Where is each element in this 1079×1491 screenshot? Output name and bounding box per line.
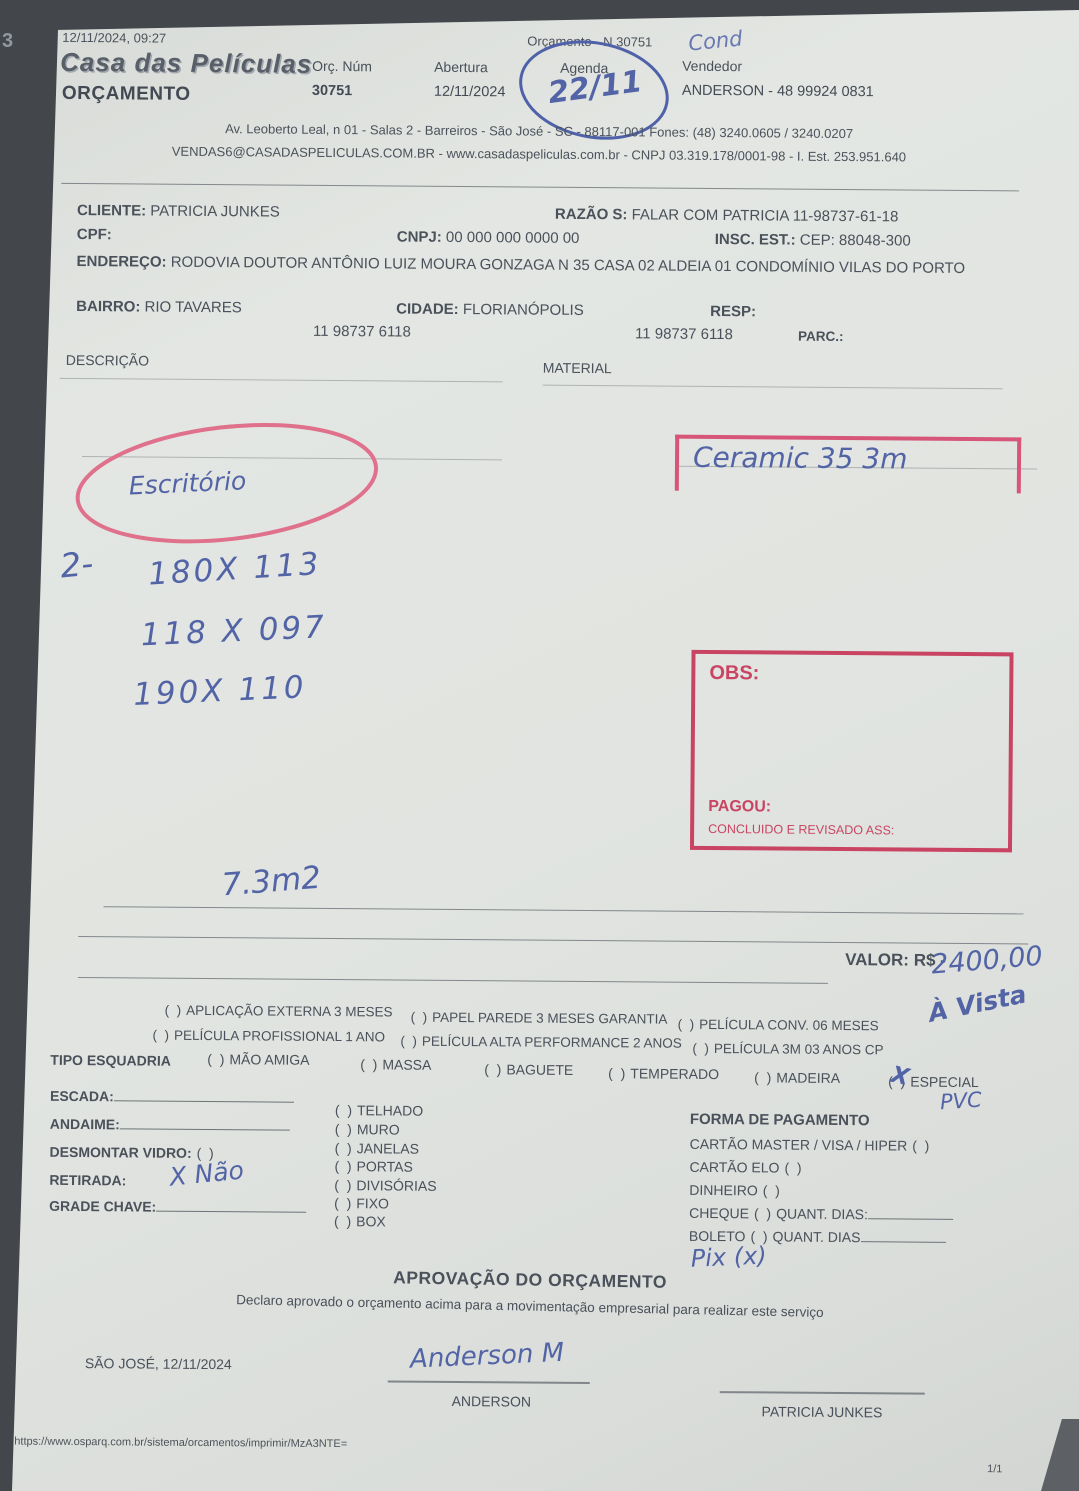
local-option: ( )JANELAS	[335, 1140, 419, 1157]
quant-dias-label: QUANT. DIAS	[773, 1228, 861, 1245]
material-underline	[543, 385, 1003, 390]
razao-label: RAZÃO S:	[555, 206, 628, 224]
option-label: PELÍCULA PROFISSIONAL 1 ANO	[174, 1028, 385, 1045]
option-label: MADEIRA	[776, 1069, 840, 1086]
checkbox-icon: ( )	[334, 1195, 351, 1211]
payment-method: CARTÃO MASTER / VISA / HIPER( )	[690, 1136, 930, 1154]
option-label: PORTAS	[357, 1158, 413, 1174]
page-number: 1/1	[987, 1463, 1002, 1475]
obs-label: OBS:	[709, 662, 759, 685]
material-handwritten-note: Ceramic 35 3m	[693, 441, 908, 476]
payment-method: CARTÃO ELO( )	[689, 1159, 801, 1176]
cliente-value: PATRICIA JUNKES	[150, 203, 280, 221]
seller-signature: Anderson M	[409, 1338, 564, 1375]
retirada-label: RETIRADA:	[49, 1172, 126, 1189]
retirada-handwritten-note: X Não	[168, 1155, 245, 1191]
checkbox-icon: ( )	[784, 1160, 801, 1176]
obs-stamp-box: OBS: PAGOU: CONCLUIDO E REVISADO ASS:	[690, 650, 1014, 853]
especial-handwritten-note: PVC	[939, 1088, 982, 1115]
razao-value: FALAR COM PATRICIA 11-98737-61-18	[632, 206, 899, 225]
warranty-option: ( )PELÍCULA 3M 03 ANOS CP	[692, 1041, 883, 1058]
client-name: PATRICIA JUNKES	[762, 1403, 883, 1420]
material-column-header: MATERIAL	[543, 360, 612, 377]
insc-field: INSC. EST.: CEP: 88048-300	[715, 231, 911, 250]
client-signature-line	[720, 1391, 925, 1395]
andaime-blank-line	[120, 1117, 290, 1130]
vendedor-label: Vendedor	[682, 58, 742, 74]
checkbox-icon: ( )	[484, 1061, 501, 1077]
doc-type-title: ORÇAMENTO	[62, 83, 191, 106]
grade-chave-label: GRADE CHAVE:	[49, 1198, 156, 1215]
grade-chave-blank-line	[156, 1200, 306, 1213]
company-logo: Casa das Películas	[60, 47, 312, 80]
warranty-option: ( )PELÍCULA ALTA PERFORMANCE 2 ANOS	[400, 1034, 681, 1051]
warranty-option: ( )PELÍCULA CONV. 06 MESES	[678, 1017, 879, 1034]
local-option: ( )FIXO	[334, 1195, 389, 1211]
checkbox-icon: ( )	[678, 1017, 695, 1032]
place-date: SÃO JOSÉ, 12/11/2024	[85, 1355, 232, 1372]
option-label: FIXO	[356, 1195, 389, 1211]
abertura-label: Abertura	[434, 59, 488, 75]
body-line-1	[104, 906, 1024, 914]
esquadria-option: ( )BAGUETE	[484, 1061, 573, 1078]
cliente-label: CLIENTE:	[77, 202, 146, 220]
header-divider	[61, 183, 1019, 192]
warranty-option: ( )PAPEL PAREDE 3 MESES GARANTIA	[411, 1010, 668, 1027]
pix-handwritten-note: Pix (x)	[690, 1241, 767, 1272]
local-option: ( )MURO	[335, 1121, 400, 1138]
checkbox-icon: ( )	[360, 1056, 377, 1072]
option-label: TELHADO	[357, 1102, 423, 1119]
option-label: TEMPERADO	[630, 1065, 719, 1082]
seller-signature-line	[388, 1380, 590, 1384]
endereco-field: ENDEREÇO: RODOVIA DOUTOR ANTÔNIO LUIZ MO…	[76, 250, 1016, 281]
print-url: https://www.osparq.com.br/sistema/orcame…	[14, 1436, 347, 1451]
andaime-label: ANDAIME:	[50, 1116, 120, 1133]
scanned-budget-page: 12/11/2024, 09:27 Orçamento - N 30751 Ca…	[0, 0, 1079, 1491]
pagou-label: PAGOU:	[708, 798, 771, 816]
payment-condition-note: À Vista	[926, 979, 1029, 1027]
option-label: APLICAÇÃO EXTERNA 3 MESES	[186, 1003, 392, 1020]
phone-left: 11 98737 6118	[313, 323, 411, 341]
measure-line-2: 118 X 097	[140, 609, 328, 653]
header-handwritten-note: Cond	[687, 26, 743, 55]
checkbox-icon: ( )	[912, 1138, 929, 1154]
quantity-note: 2-	[58, 543, 95, 585]
seller-name: ANDERSON	[452, 1393, 531, 1410]
option-label: BOX	[356, 1213, 386, 1229]
checkbox-icon: ( )	[334, 1158, 351, 1174]
quant-dias-blank-line	[868, 1207, 953, 1220]
bairro-value: RIO TAVARES	[144, 299, 241, 317]
method-label: DINHEIRO	[689, 1182, 758, 1199]
option-label: DIVISÓRIAS	[356, 1177, 436, 1194]
warranty-option: ( )PELÍCULA PROFISSIONAL 1 ANO	[152, 1028, 385, 1045]
cidade-field: CIDADE: FLORIANÓPOLIS	[396, 300, 584, 318]
body-line-3	[78, 977, 828, 984]
checkbox-icon: ( )	[335, 1121, 352, 1137]
endereco-label: ENDEREÇO:	[77, 253, 167, 271]
method-label: CARTÃO ELO	[689, 1159, 779, 1176]
checkbox-icon: ( )	[692, 1041, 709, 1056]
razao-field: RAZÃO S: FALAR COM PATRICIA 11-98737-61-…	[555, 206, 899, 226]
method-label: CHEQUE	[689, 1205, 749, 1221]
option-label: JANELAS	[357, 1140, 419, 1156]
checkbox-icon: ( )	[165, 1003, 182, 1018]
cnpj-label: CNPJ:	[397, 228, 442, 245]
quant-dias-blank-line	[860, 1230, 945, 1243]
abertura-value: 12/11/2024	[434, 84, 506, 101]
esquadria-option: ( )MASSA	[360, 1056, 431, 1073]
warranty-option: ( )APLICAÇÃO EXTERNA 3 MESES	[165, 1003, 393, 1020]
esquadria-option: ( )TEMPERADO	[608, 1065, 719, 1082]
desmontar-label: DESMONTAR VIDRO:	[50, 1144, 192, 1161]
scan-mark-number: 3	[2, 30, 13, 53]
paper-sheet: 12/11/2024, 09:27 Orçamento - N 30751 Ca…	[0, 0, 1079, 1491]
quant-dias-label: QUANT. DIAS:	[776, 1206, 868, 1223]
insc-label: INSC. EST.:	[715, 231, 796, 249]
company-address-line2: VENDAS6@CASADASPELICULAS.COM.BR - www.ca…	[0, 142, 1078, 165]
payment-method: CHEQUE( )QUANT. DIAS:	[689, 1205, 953, 1223]
cnpj-value: 00 000 000 0000 00	[446, 229, 580, 247]
escada-field: ESCADA:	[50, 1088, 294, 1106]
area-total-note: 7.3m2	[220, 860, 322, 904]
andaime-field: ANDAIME:	[50, 1116, 290, 1134]
option-label: PELÍCULA CONV. 06 MESES	[699, 1017, 879, 1033]
valor-handwritten-value: 2400,00	[930, 941, 1044, 981]
orc-num-label: Orç. Núm	[312, 58, 372, 74]
checkbox-icon: ( )	[334, 1177, 351, 1193]
option-label: BAGUETE	[506, 1061, 573, 1078]
descricao-column-header: DESCRIÇÃO	[66, 352, 149, 369]
checkbox-icon: ( )	[754, 1069, 771, 1085]
resp-label: RESP:	[710, 303, 756, 320]
option-label: MÃO AMIGA	[229, 1051, 309, 1068]
option-label: MURO	[357, 1121, 400, 1137]
escada-label: ESCADA:	[50, 1088, 114, 1105]
orc-num-value: 30751	[312, 83, 352, 99]
payment-method: DINHEIRO( )	[689, 1182, 780, 1199]
local-option: ( )DIVISÓRIAS	[334, 1177, 436, 1194]
payment-title: FORMA DE PAGAMENTO	[690, 1111, 870, 1129]
vendedor-value: ANDERSON - 48 99924 0831	[682, 83, 874, 101]
insc-value: CEP: 88048-300	[800, 232, 911, 250]
checkbox-icon: ( )	[608, 1065, 625, 1081]
body-line-2	[78, 936, 1028, 944]
checkbox-icon: ( )	[152, 1028, 169, 1043]
option-label: PELÍCULA 3M 03 ANOS CP	[714, 1041, 884, 1057]
checkbox-icon: ( )	[335, 1102, 352, 1118]
local-option: ( )BOX	[334, 1213, 386, 1229]
cpf-label: CPF:	[77, 226, 112, 243]
grade-chave-field: GRADE CHAVE:	[49, 1198, 306, 1216]
cidade-label: CIDADE:	[396, 300, 459, 317]
parc-label: PARC.:	[798, 329, 844, 344]
checkbox-icon: ( )	[334, 1213, 351, 1229]
print-datetime: 12/11/2024, 09:27	[62, 30, 166, 46]
cnpj-field: CNPJ: 00 000 000 0000 00	[397, 228, 580, 246]
checkbox-icon: ( )	[411, 1010, 428, 1025]
option-label: PAPEL PAREDE 3 MESES GARANTIA	[432, 1010, 667, 1027]
option-label: MASSA	[382, 1056, 431, 1072]
option-label: PELÍCULA ALTA PERFORMANCE 2 ANOS	[422, 1034, 682, 1051]
checkbox-icon: ( )	[763, 1182, 780, 1198]
measure-line-1: 180X 113	[147, 546, 322, 593]
esquadria-option: ( )MÃO AMIGA	[207, 1051, 309, 1068]
local-option: ( )TELHADO	[335, 1102, 423, 1119]
concluido-label: CONCLUIDO E REVISADO ASS:	[708, 822, 894, 837]
cliente-field: CLIENTE: PATRICIA JUNKES	[77, 202, 280, 221]
checkbox-icon: ( )	[335, 1140, 352, 1156]
local-option: ( )PORTAS	[334, 1158, 413, 1175]
description-handwritten-note: Escritório	[128, 466, 247, 500]
bairro-field: BAIRRO: RIO TAVARES	[76, 298, 242, 316]
cidade-value: FLORIANÓPOLIS	[463, 301, 584, 319]
esquadria-label: TIPO ESQUADRIA	[50, 1052, 171, 1069]
esquadria-option: ( )MADEIRA	[754, 1069, 840, 1086]
endereco-value: RODOVIA DOUTOR ANTÔNIO LUIZ MOURA GONZAG…	[171, 254, 965, 277]
bairro-label: BAIRRO:	[76, 298, 140, 316]
checkbox-icon: ( )	[400, 1034, 417, 1049]
measure-line-3: 190X 110	[132, 669, 307, 713]
checkbox-icon: ( )	[207, 1051, 224, 1067]
desmontar-field: DESMONTAR VIDRO:( )	[50, 1144, 214, 1161]
method-label: CARTÃO MASTER / VISA / HIPER	[690, 1136, 908, 1154]
escada-blank-line	[114, 1089, 294, 1102]
retirada-field: RETIRADA:	[49, 1172, 126, 1189]
descricao-underline	[60, 378, 503, 382]
phone-right: 11 98737 6118	[635, 325, 733, 343]
checkbox-icon: ( )	[754, 1205, 771, 1221]
